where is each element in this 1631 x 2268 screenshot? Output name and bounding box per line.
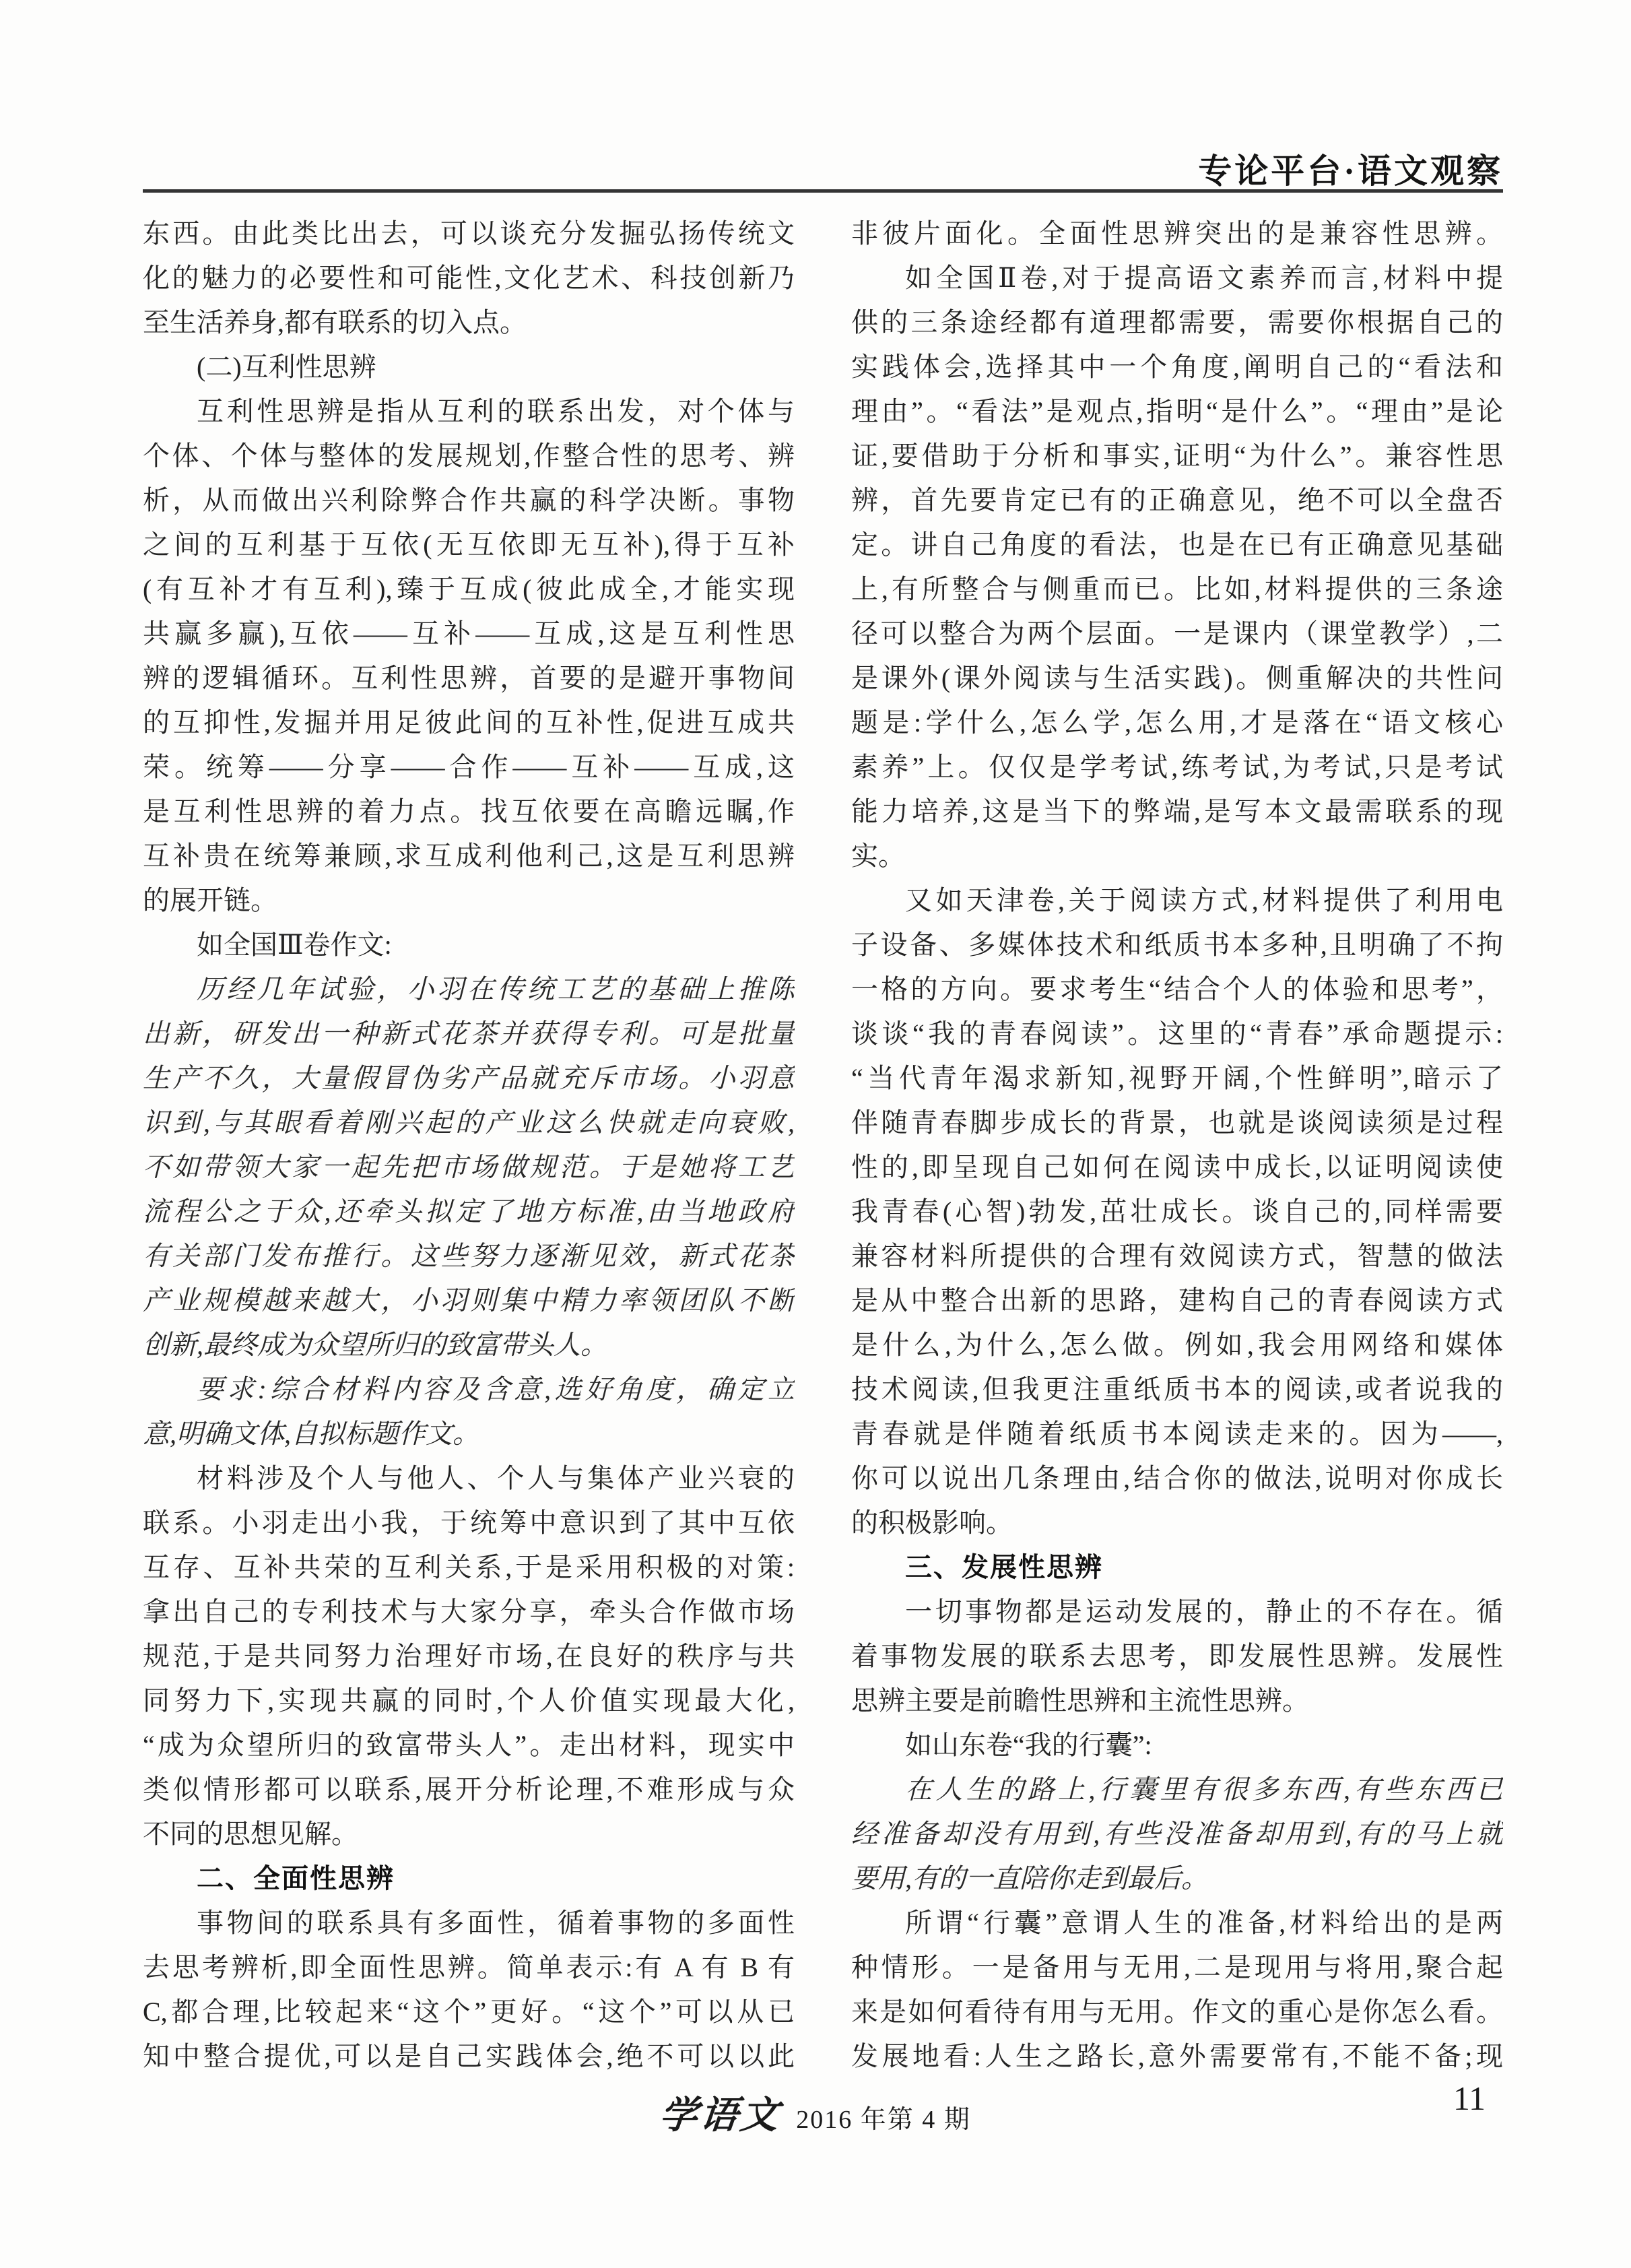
text-line: 伴随青春脚步成长的背景，也就是谈阅读须是过程 [851,1101,1503,1145]
text-line: 个体、个体与整体的发展规划,作整合性的思考、辨 [143,434,795,478]
article-body: 东西。由此类比出去，可以谈充分发掘弘扬传统文化的魅力的必要性和可能性,文化艺术、… [143,212,1503,2079]
text-line: 能力培养,这是当下的弊端,是写本文最需联系的现 [851,789,1503,834]
text-line: 技术阅读,但我更注重纸质书本的阅读,或者说我的 [851,1367,1503,1412]
text-line: 不如带领大家一起先把市场做规范。于是她将工艺 [143,1145,795,1190]
text-line: 定。讲自己角度的看法，也是在已有正确意见基础 [851,523,1503,567]
text-line: 证,要借助于分析和事实,证明“为什么”。兼容性思 [851,434,1503,478]
text-line: (有互补才有互利),臻于互成(彼此成全,才能实现 [143,567,795,612]
text-line: 联系。小羽走出小我，于统筹中意识到了其中互依 [143,1501,795,1545]
text-line: 知中整合提优,可以是自己实践体会,绝不可以以此 [143,2034,795,2079]
text-line: 类似情形都可以联系,展开分析论理,不难形成与众 [143,1768,795,1812]
text-line: 生产不久，大量假冒伪劣产品就充斥市场。小羽意 [143,1056,795,1101]
text-line: “成为众望所归的致富带头人”。走出材料，现实中 [143,1723,795,1768]
text-line: 产业规模越来越大，小羽则集中精力率领团队不断 [143,1278,795,1323]
text-line: 上,有所整合与侧重而已。比如,材料提供的三条途 [851,567,1503,612]
text-line: 是什么,为什么,怎么做。例如,我会用网络和媒体 [851,1323,1503,1367]
text-line: 荣。统筹——分享——合作——互补——互成,这 [143,745,795,789]
page-header-title: 专论平台·语文观察 [1198,144,1503,193]
text-line: 又如天津卷,关于阅读方式,材料提供了利用电 [851,878,1503,923]
text-line: 是课外(课外阅读与生活实践)。侧重解决的共性问 [851,656,1503,701]
text-line: 之间的互利基于互依(无互依即无互补),得于互补 [143,523,795,567]
text-line: 拿出自己的专利技术与大家分享，牵头合作做市场 [143,1590,795,1634]
text-line: 识到,与其眼看着刚兴起的产业这么快就走向衰败, [143,1101,795,1145]
text-line: 互存、互补共荣的互利关系,于是采用积极的对策: [143,1545,795,1590]
journal-logo: 学语文 [657,2085,784,2139]
text-line: 去思考辨析,即全面性思辨。简单表示:有 A 有 B 有 [143,1945,795,1990]
text-line: 供的三条途经都有道理都需要，需要你根据自己的 [851,300,1503,345]
text-line: 三、发展性思辨 [851,1545,1503,1590]
text-line: 非彼片面化。全面性思辨突出的是兼容性思辨。 [851,212,1503,256]
text-line: 互补贵在统筹兼顾,求互成利他利己,这是互利思辨 [143,834,795,878]
text-line: 是互利性思辨的着力点。找互依要在高瞻远瞩,作 [143,789,795,834]
text-line: 出新，研发出一种新式花茶并获得专利。可是批量 [143,1012,795,1056]
text-line: 青春就是伴随着纸质书本阅读走来的。因为——, [851,1412,1503,1456]
text-line: 种情形。一是备用与无用,二是现用与将用,聚合起 [851,1945,1503,1990]
journal-page: 专论平台·语文观察 东西。由此类比出去，可以谈充分发掘弘扬传统文化的魅力的必要性… [0,0,1631,2268]
text-line: 思辨主要是前瞻性思辨和主流性思辨。 [851,1679,1503,1723]
text-line: 性的,即呈现自己如何在阅读中成长,以证明阅读使 [851,1145,1503,1190]
text-line: 历经几年试验，小羽在传统工艺的基础上推陈 [143,967,795,1012]
text-line: 在人生的路上,行囊里有很多东西,有些东西已 [851,1768,1503,1812]
text-line: 实践体会,选择其中一个角度,阐明自己的“看法和 [851,345,1503,389]
text-line: 材料涉及个人与他人、个人与集体产业兴衰的 [143,1456,795,1501]
text-line: 的积极影响。 [851,1501,1503,1545]
text-line: 兼容材料所提供的合理有效阅读方式，智慧的做法 [851,1234,1503,1278]
text-line: 子设备、多媒体技术和纸质书本多种,且明确了不拘 [851,923,1503,967]
text-line: “当代青年渴求新知,视野开阔,个性鲜明”,暗示了 [851,1056,1503,1101]
text-line: 素养”上。仅仅是学考试,练考试,为考试,只是考试 [851,745,1503,789]
text-line: 的互抑性,发掘并用足彼此间的互补性,促进互成共 [143,701,795,745]
text-line: 我青春(心智)勃发,茁壮成长。谈自己的,同样需要 [851,1190,1503,1234]
text-line: 同努力下,实现共赢的同时,个人价值实现最大化, [143,1679,795,1723]
text-line: 辨的逻辑循环。互利性思辨，首要的是避开事物间 [143,656,795,701]
text-line: C,都合理,比较起来“这个”更好。“这个”可以从已 [143,1990,795,2034]
text-line: 谈谈“我的青春阅读”。这里的“青春”承命题提示: [851,1012,1503,1056]
text-line: 如山东卷“我的行囊”: [851,1723,1503,1768]
text-line: 一格的方向。要求考生“结合个人的体验和思考”， [851,967,1503,1012]
text-line: 你可以说出几条理由,结合你的做法,说明对你成长 [851,1456,1503,1501]
text-line: 规范,于是共同努力治理好市场,在良好的秩序与共 [143,1634,795,1679]
text-line: 是从中整合出新的思路，建构自己的青春阅读方式 [851,1278,1503,1323]
text-line: 流程公之于众,还牵头拟定了地方标准,由当地政府 [143,1190,795,1234]
text-line: 实。 [851,834,1503,878]
left-column: 东西。由此类比出去，可以谈充分发掘弘扬传统文化的魅力的必要性和可能性,文化艺术、… [143,212,795,2079]
text-line: 经准备却没有用到,有些没准备却用到,有的马上就 [851,1812,1503,1856]
text-line: 一切事物都是运动发展的，静止的不存在。循 [851,1590,1503,1634]
text-line: 的展开链。 [143,878,795,923]
text-line: 共赢多赢),互依——互补——互成,这是互利性思 [143,612,795,656]
text-line: 意,明确文体,自拟标题作文。 [143,1412,795,1456]
text-line: (二)互利性思辨 [143,345,795,389]
text-line: 创新,最终成为众望所归的致富带头人。 [143,1323,795,1367]
text-line: 径可以整合为两个层面。一是课内（课堂教学）,二 [851,612,1503,656]
text-line: 如全国Ⅲ卷作文: [143,923,795,967]
text-line: 理由”。“看法”是观点,指明“是什么”。“理由”是论 [851,389,1503,434]
right-column: 非彼片面化。全面性思辨突出的是兼容性思辨。如全国Ⅱ卷,对于提高语文素养而言,材料… [851,212,1503,2079]
text-line: 来是如何看待有用与无用。作文的重心是你怎么看。 [851,1990,1503,2034]
text-line: 二、全面性思辨 [143,1856,795,1901]
text-line: 有关部门发布推行。这些努力逐渐见效，新式花茶 [143,1234,795,1278]
text-line: 化的魅力的必要性和可能性,文化艺术、科技创新乃 [143,256,795,300]
text-line: 发展地看:人生之路长,意外需要常有,不能不备;现 [851,2034,1503,2079]
text-line: 互利性思辨是指从互利的联系出发，对个体与 [143,389,795,434]
text-line: 东西。由此类比出去，可以谈充分发掘弘扬传统文 [143,212,795,256]
text-line: 辨，首先要肯定已有的正确意见，绝不可以全盘否 [851,478,1503,523]
text-line: 析，从而做出兴利除弊合作共赢的科学决断。事物 [143,478,795,523]
text-line: 要用,有的一直陪你走到最后。 [851,1856,1503,1901]
text-line: 不同的思想见解。 [143,1812,795,1856]
text-line: 所谓“行囊”意谓人生的准备,材料给出的是两 [851,1901,1503,1945]
text-line: 题是:学什么,怎么学,怎么用,才是落在“语文核心 [851,701,1503,745]
page-number: 11 [1453,2079,1486,2118]
text-line: 事物间的联系具有多面性，循着事物的多面性 [143,1901,795,1945]
text-line: 着事物发展的联系去思考，即发展性思辨。发展性 [851,1634,1503,1679]
issue-text: 2016 年第 4 期 [796,2106,971,2134]
text-line: 如全国Ⅱ卷,对于提高语文素养而言,材料中提 [851,256,1503,300]
text-line: 至生活养身,都有联系的切入点。 [143,300,795,345]
header-rule [143,189,1503,193]
page-footer: 学语文 2016 年第 4 期 [0,2085,1631,2139]
text-line: 要求:综合材料内容及含意,选好角度，确定立 [143,1367,795,1412]
